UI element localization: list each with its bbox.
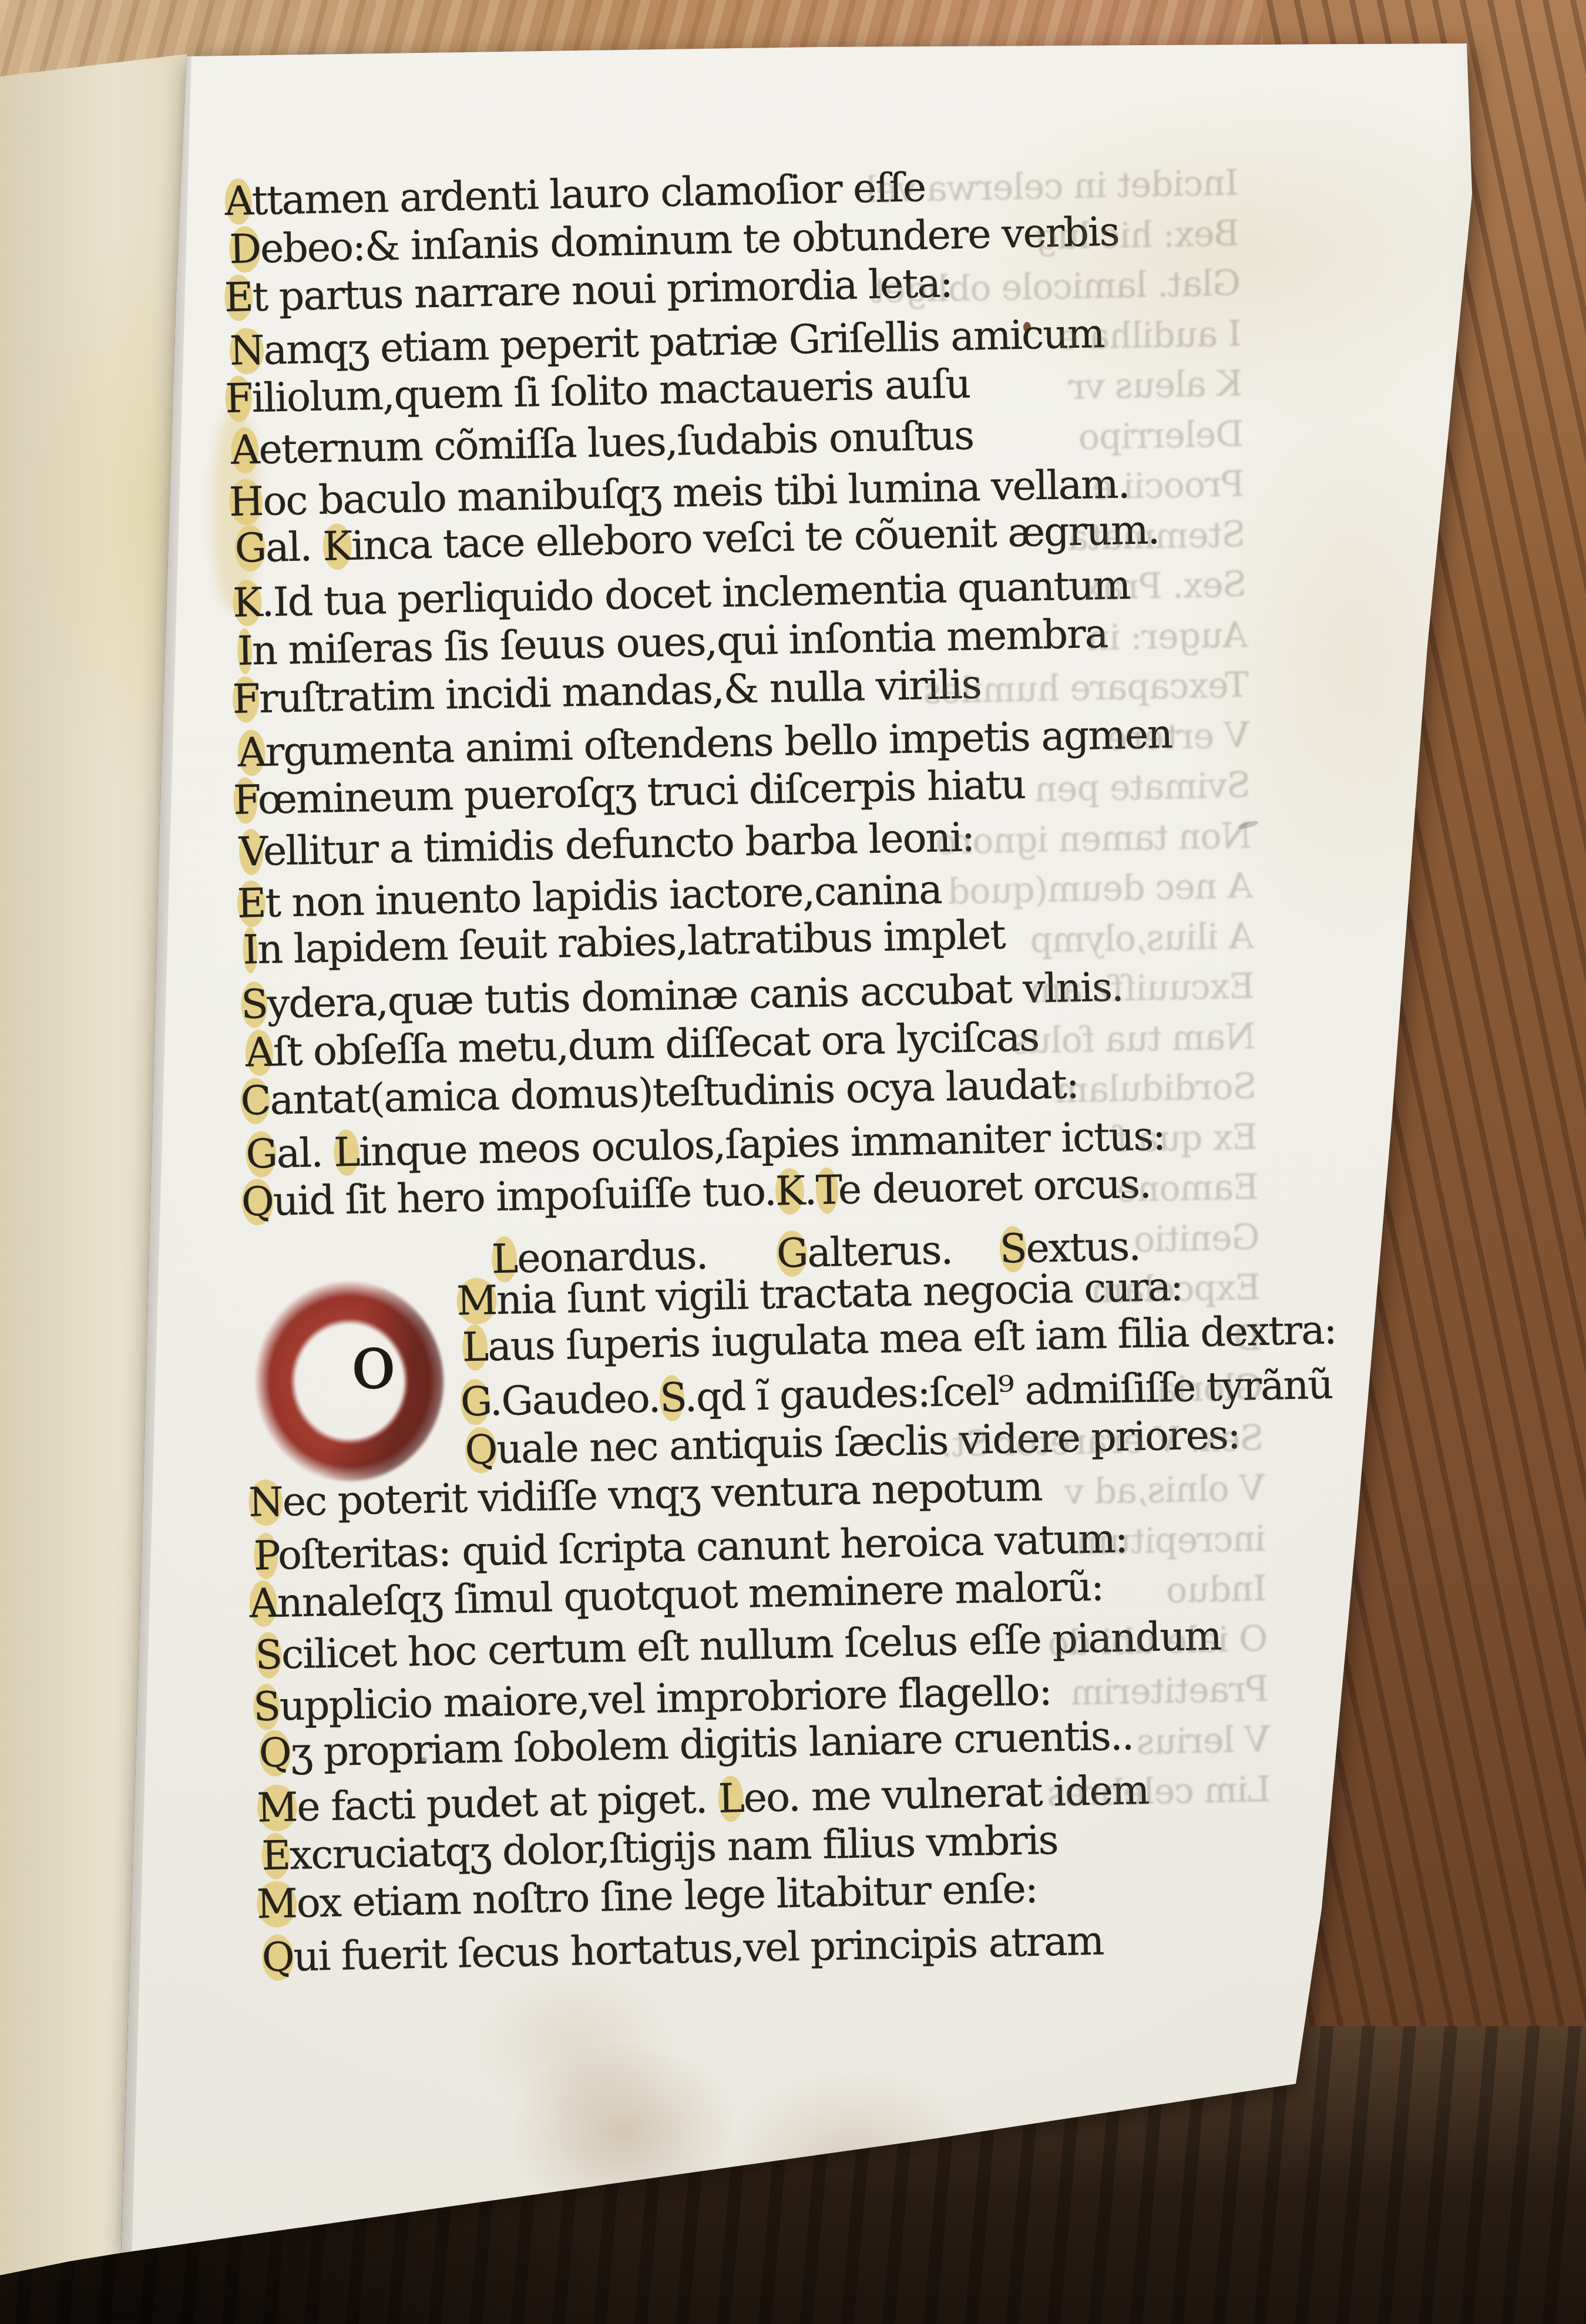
bleedthrough-line: Sex. Prax: [829, 563, 1247, 614]
washed-capital: L: [491, 1236, 518, 1283]
washed-capital: S: [255, 1632, 282, 1679]
bleedthrough-line: increpitum: [848, 1517, 1266, 1568]
bleedthrough-line: Gloria: [845, 1367, 1263, 1417]
washed-capital: I: [243, 927, 258, 973]
bleedthrough-line: Nam tua folus: [838, 1015, 1256, 1066]
washed-capital: Q: [241, 1179, 273, 1226]
bleedthrough-line: Glat. lamicole obliget: [823, 262, 1241, 312]
verse-lines: Attamen ardenti lauro clamoſior eſſeDebe…: [0, 0, 1582, 5]
washed-capital: A: [245, 1029, 274, 1076]
washed-capital: F: [233, 777, 258, 824]
washed-capital: S: [659, 1375, 685, 1422]
illuminated-initial-O: [250, 1276, 449, 1487]
bleedthrough-line: Ex qua f: [841, 1115, 1258, 1166]
washed-capital: G: [246, 1131, 277, 1178]
washed-capital: C: [240, 1078, 271, 1125]
bleedthrough-line: V ertere: [832, 714, 1250, 765]
washed-capital: A: [231, 426, 260, 473]
bleedthrough-line: Stemmata: [828, 513, 1246, 564]
bleedthrough-line: Induo: [849, 1568, 1267, 1618]
washed-capital: H: [229, 479, 263, 526]
photo-scene: o Attamen ardenti lauro clamoſior eſſeDe…: [0, 0, 1586, 2324]
bleedthrough-line: Texcapare humiles: [831, 664, 1249, 714]
washed-capital: D: [229, 226, 261, 273]
text-block: o Attamen ardenti lauro clamoſior eſſeDe…: [0, 0, 1586, 2324]
guide-letter: o: [350, 1329, 396, 1395]
washed-capital: L: [718, 1775, 744, 1822]
bleedthrough-line: V olnis,ad v: [848, 1467, 1265, 1518]
washed-capital: S: [241, 981, 268, 1028]
washed-capital: M: [256, 1881, 297, 1928]
washed-capital: A: [249, 1580, 278, 1627]
bleedthrough-line: Proocii e: [827, 463, 1245, 513]
washed-capital: A: [224, 178, 252, 225]
washed-capital: G: [234, 524, 266, 571]
washed-capital: N: [248, 1479, 283, 1526]
page-shadow: o Attamen ardenti lauro clamoſior eſſeDe…: [0, 0, 1586, 2324]
washed-capital: E: [261, 1832, 290, 1879]
washed-capital: Q: [261, 1934, 294, 1981]
bleedthrough-line: Bex: hic lug: [822, 212, 1240, 263]
bleedthrough-line: Auger: in: [830, 614, 1248, 664]
washed-capital: G: [460, 1378, 490, 1425]
bleedthrough-line: Svimate pen: [834, 764, 1251, 815]
washed-capital: T: [815, 1167, 839, 1214]
bleedthrough-line: O iale ubi do: [851, 1617, 1268, 1668]
washed-capital: E: [237, 880, 266, 927]
washed-capital: M: [456, 1277, 497, 1324]
washed-capital: S: [253, 1684, 280, 1731]
bleedthrough-line: Excuuiſfz am: [837, 965, 1255, 1015]
book-page: o Attamen ardenti lauro clamoſior eſſeDe…: [0, 0, 1586, 2324]
washed-capital: A: [237, 729, 266, 776]
washed-capital: G: [776, 1230, 808, 1277]
bleedthrough-line: Genitio: [842, 1216, 1260, 1266]
washed-capital: F: [232, 676, 260, 723]
verse-line: Qui fuerit ſecus hortatus,vel principis …: [261, 1918, 1104, 1982]
washed-capital: K: [233, 580, 262, 627]
washed-capital: P: [253, 1532, 278, 1579]
bleedthrough-line: Incidet in celerwa vel: [821, 162, 1239, 212]
bleedthrough-line: Lim celebres: [854, 1768, 1271, 1819]
washed-capital: I: [237, 628, 252, 674]
bleedthrough-line: Praetiterim: [851, 1668, 1269, 1718]
bleedthrough-line: K aleus vr: [825, 362, 1243, 413]
washed-capital: K: [322, 523, 352, 570]
washed-capital: V: [238, 828, 263, 875]
washed-capital: Q: [465, 1427, 497, 1474]
washed-capital: L: [462, 1324, 488, 1371]
washed-capital: Q: [258, 1730, 291, 1777]
bleedthrough-line: V lerius: [852, 1718, 1270, 1768]
washed-capital: F: [225, 375, 253, 422]
bleedthrough-line: A nec deum(quod: [835, 865, 1253, 915]
washed-capital: N: [229, 327, 264, 374]
bleedthrough-line: Sex. V eraretor St.: [846, 1417, 1264, 1467]
bleedthrough-line: Expcelam: [844, 1266, 1261, 1317]
bleedthrough-line: Delerripo: [826, 413, 1244, 463]
bleedthrough-line: A ilius,olymp: [836, 915, 1254, 966]
washed-capital: M: [257, 1784, 297, 1831]
washed-capital: E: [224, 274, 253, 321]
bleedthrough-line: D: [844, 1316, 1262, 1367]
washed-capital: L: [333, 1129, 359, 1176]
bleedthrough-line: Non tamen ignoro: [834, 815, 1252, 865]
bleedthrough-line: Sordidulam: [839, 1065, 1257, 1116]
bleedthrough-line: I audilha e: [824, 312, 1242, 363]
washed-capital: K: [775, 1168, 805, 1215]
bleedthrough-line: Eamone: [841, 1166, 1259, 1216]
bleedthrough-column: Incidet in celerwa velBex: hic lugGlat. …: [0, 0, 1582, 5]
